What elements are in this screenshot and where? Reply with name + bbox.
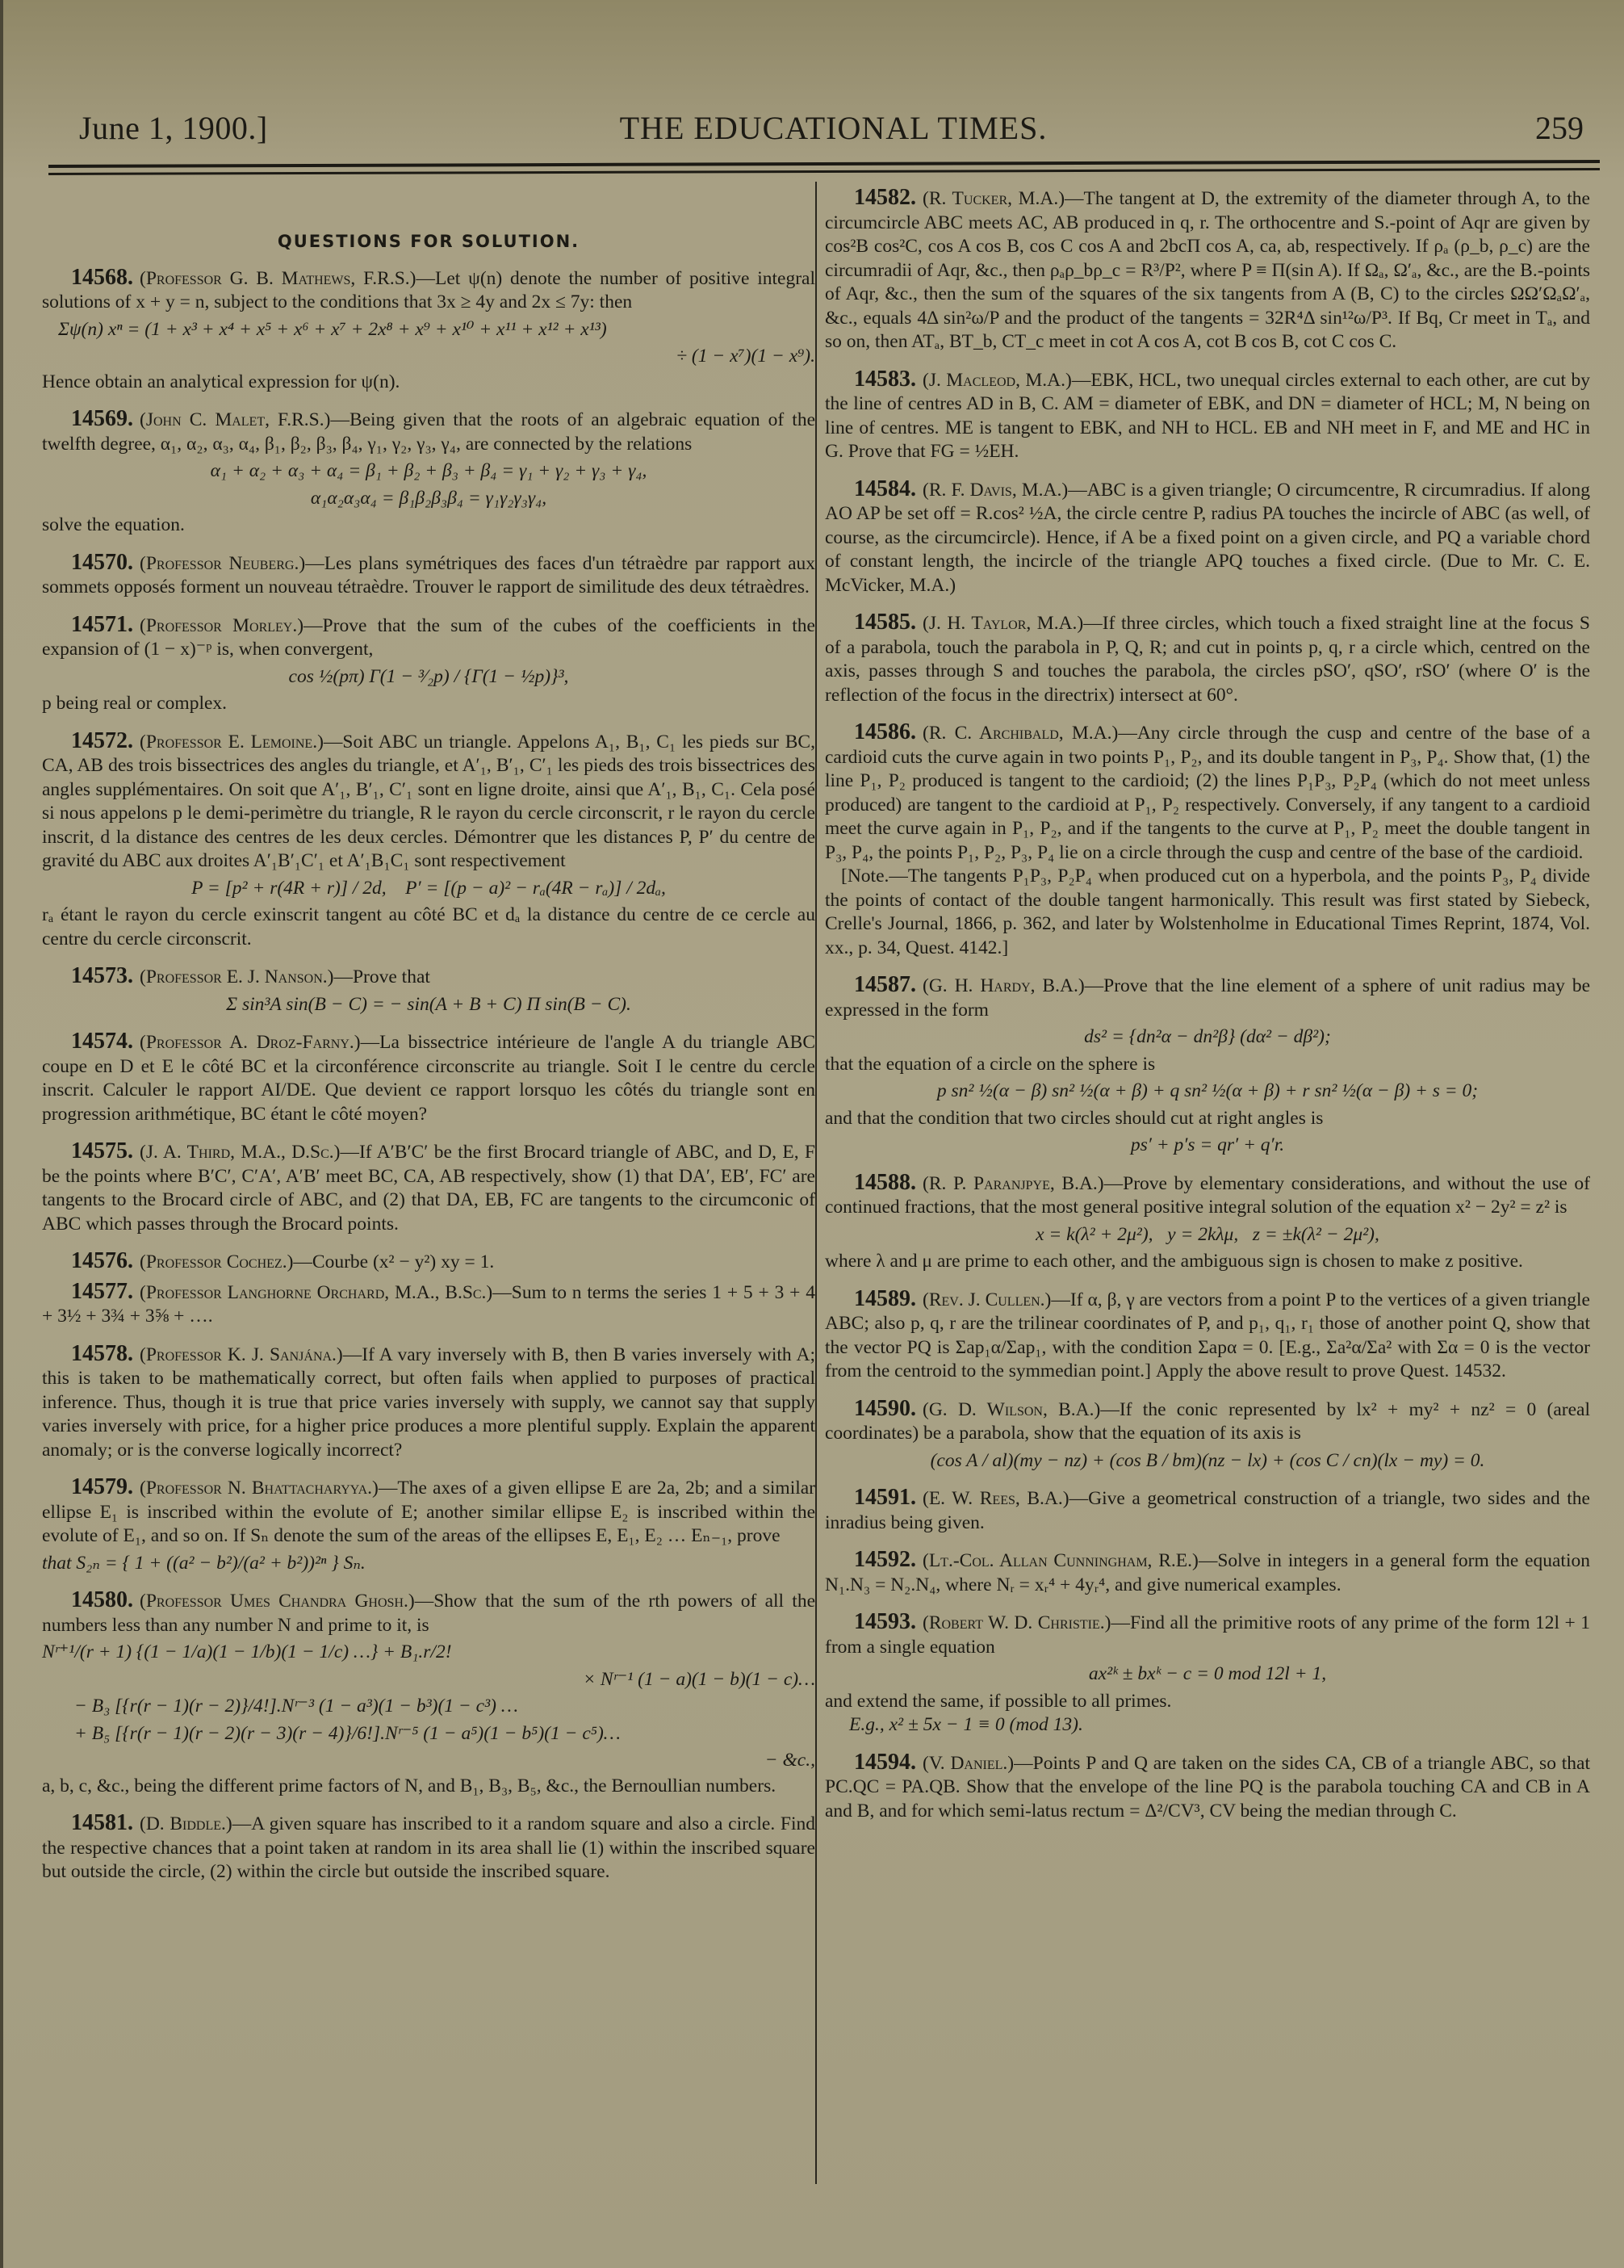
- question-number: 14586.: [854, 719, 916, 744]
- question-14579: 14579.(Professor N. Bhattacharyya.)—The …: [42, 1475, 815, 1575]
- equation: (cos A / al)(my − nz) + (cos B / bm)(nz …: [825, 1449, 1590, 1474]
- question-14576: 14576.(Professor Cochez.)—Courbe (x² − y…: [42, 1249, 815, 1275]
- left-column: QUESTIONS FOR SOLUTION. 14568.(Professor…: [42, 174, 815, 1897]
- equation: Nʳ⁺¹/(r + 1) {(1 − 1/a)(1 − 1/b)(1 − 1/c…: [42, 1641, 815, 1665]
- question-author: (R. C. Archibald, M.A.): [923, 723, 1118, 744]
- question-text: —Prove that: [333, 966, 429, 987]
- question-author: (Professor E. Lemoine.): [140, 732, 324, 753]
- question-number: 14574.: [71, 1029, 133, 1054]
- equation: Σψ(n) xⁿ = (1 + x³ + x⁴ + x⁵ + x⁶ + x⁷ +…: [42, 318, 815, 342]
- question-text: —Courbe (x² − y²) xy = 1.: [293, 1251, 494, 1272]
- section-title: QUESTIONS FOR SOLUTION.: [42, 230, 815, 254]
- question-author: (G. D. Wilson, B.A.): [923, 1399, 1100, 1420]
- equation: Σ sin³A sin(B − C) = − sin(A + B + C) Π …: [42, 993, 815, 1017]
- question-number: 14585.: [854, 610, 916, 635]
- question-text-mid: that the equation of a circle on the sph…: [825, 1053, 1590, 1077]
- question-note: [Note.—The tangents P₁P₃, P₂P₄ when prod…: [825, 865, 1590, 960]
- question-text-after: and extend the same, if possible to all …: [825, 1690, 1590, 1714]
- page-edge: [0, 0, 3, 2268]
- question-author: (J. A. Third, M.A., D.Sc.): [140, 1142, 340, 1163]
- question-14592: 14592.(Lt.-Col. Allan Cunningham, R.E.)—…: [825, 1548, 1590, 1597]
- question-author: (Professor Umes Chandra Ghosh.): [140, 1591, 415, 1612]
- question-14594: 14594.(V. Daniel.)—Points P and Q are ta…: [825, 1750, 1590, 1824]
- question-text-after: a, b, c, &c., being the different prime …: [42, 1775, 815, 1799]
- question-number: 14570.: [71, 550, 133, 575]
- question-14589: 14589.(Rev. J. Cullen.)—If α, β, γ are v…: [825, 1287, 1590, 1384]
- question-number: 14593.: [854, 1609, 916, 1634]
- question-number: 14580.: [71, 1587, 133, 1612]
- question-number: 14584.: [854, 476, 916, 501]
- question-author: (Professor K. J. Sanjána.): [140, 1344, 343, 1365]
- question-14580: 14580.(Professor Umes Chandra Ghosh.)—Sh…: [42, 1588, 815, 1798]
- question-14585: 14585.(J. H. Taylor, M.A.)—If three circ…: [825, 610, 1590, 707]
- question-text-after: Hence obtain an analytical expression fo…: [42, 371, 815, 395]
- question-number: 14591.: [854, 1485, 916, 1510]
- question-author: (R. P. Paranjpye, B.A.): [923, 1173, 1104, 1194]
- equation: × Nʳ⁻¹ (1 − a)(1 − b)(1 − c)…: [42, 1668, 815, 1692]
- question-number: 14592.: [854, 1547, 916, 1572]
- question-number: 14581.: [71, 1810, 133, 1835]
- question-number: 14582.: [854, 185, 916, 210]
- question-example: E.g., x² ± 5x − 1 ≡ 0 (mod 13).: [825, 1713, 1590, 1738]
- question-14573: 14573.(Professor E. J. Nanson.)—Prove th…: [42, 964, 815, 1017]
- question-14578: 14578.(Professor K. J. Sanjána.)—If A va…: [42, 1342, 815, 1463]
- question-author: (John C. Malet, F.R.S.): [140, 409, 330, 430]
- question-number: 14583.: [854, 367, 916, 392]
- question-author: (Professor Neuberg.): [140, 553, 305, 574]
- question-number: 14587.: [854, 972, 916, 997]
- question-text-after: rₐ étant le rayon du cercle exinscrit ta…: [42, 903, 815, 951]
- question-14588: 14588.(R. P. Paranjpye, B.A.)—Prove by e…: [825, 1171, 1590, 1274]
- question-number: 14573.: [71, 963, 133, 988]
- equation: α₁α₂α₃α₄ = β₁β₂β₃β₄ = γ₁γ₂γ₃γ₄,: [42, 487, 815, 511]
- question-number: 14579.: [71, 1474, 133, 1499]
- question-author: (Lt.-Col. Allan Cunningham, R.E.): [923, 1550, 1199, 1571]
- equation: − B₃ [{r(r − 1)(r − 2)}/4!].Nʳ⁻³ (1 − a³…: [42, 1695, 815, 1719]
- equation: cos ½(pπ) Γ(1 − ³⁄₂p) / {Γ(1 − ½p)}³,: [42, 665, 815, 690]
- question-number: 14568.: [71, 265, 133, 290]
- question-number: 14571.: [71, 612, 133, 637]
- question-14593: 14593.(Robert W. D. Christie.)—Find all …: [825, 1610, 1590, 1738]
- header-page-number: 259: [1535, 109, 1584, 147]
- question-author: (Professor N. Bhattacharyya.): [140, 1478, 379, 1499]
- question-text-mid: and that the condition that two circles …: [825, 1107, 1590, 1131]
- question-author: (D. Biddle.): [140, 1813, 232, 1834]
- question-14577: 14577.(Professor Langhorne Orchard, M.A.…: [42, 1280, 815, 1329]
- equation: p sn² ½(α − β) sn² ½(α + β) + q sn² ½(α …: [825, 1080, 1590, 1104]
- question-author: (J. Macleod, M.A.): [923, 370, 1072, 391]
- equation: + B₅ [{r(r − 1)(r − 2)(r − 3)(r − 4)}/6!…: [42, 1722, 815, 1746]
- equation: ÷ (1 − x⁷)(1 − x⁹).: [42, 345, 815, 369]
- question-number: 14594.: [854, 1750, 916, 1775]
- question-14586: 14586.(R. C. Archibald, M.A.)—Any circle…: [825, 720, 1590, 960]
- question-number: 14589.: [854, 1286, 916, 1311]
- question-author: (Robert W. D. Christie.): [923, 1612, 1111, 1633]
- question-text-after: p being real or complex.: [42, 692, 815, 716]
- question-text: —Any circle through the cusp and centre …: [825, 723, 1590, 863]
- question-author: (J. H. Taylor, M.A.): [923, 613, 1083, 634]
- question-author: (Professor Cochez.): [140, 1251, 293, 1272]
- equation: α₁ + α₂ + α₃ + α₄ = β₁ + β₂ + β₃ + β₄ = …: [42, 459, 815, 484]
- question-14583: 14583.(J. Macleod, M.A.)—EBK, HCL, two u…: [825, 367, 1590, 464]
- equation: ps′ + p′s = qr′ + q′r.: [825, 1134, 1590, 1158]
- question-14581: 14581.(D. Biddle.)—A given square has in…: [42, 1811, 815, 1884]
- question-14574: 14574.(Professor A. Droz-Farny.)—La biss…: [42, 1029, 815, 1126]
- question-author: (Professor A. Droz-Farny.): [140, 1032, 361, 1053]
- question-number: 14588.: [854, 1170, 916, 1195]
- question-number: 14576.: [71, 1248, 133, 1273]
- question-number: 14569.: [71, 406, 133, 431]
- question-author: (G. H. Hardy, B.A.): [923, 975, 1085, 996]
- question-text-after: where λ and μ are prime to each other, a…: [825, 1250, 1590, 1274]
- question-14572: 14572.(Professor E. Lemoine.)—Soit ABC u…: [42, 729, 815, 952]
- question-number: 14578.: [71, 1341, 133, 1366]
- question-author: (R. F. Davis, M.A.): [923, 480, 1068, 501]
- question-14587: 14587.(G. H. Hardy, B.A.)—Prove that the…: [825, 973, 1590, 1158]
- question-author: (Professor Langhorne Orchard, M.A., B.Sc…: [140, 1282, 492, 1303]
- right-column: 14582.(R. Tucker, M.A.)—The tangent at D…: [825, 145, 1590, 1836]
- question-author: (V. Daniel.): [923, 1753, 1014, 1774]
- question-author: (E. W. Rees, B.A.): [923, 1488, 1069, 1509]
- question-14591: 14591.(E. W. Rees, B.A.)—Give a geometri…: [825, 1486, 1590, 1535]
- question-author: (Professor Morley.): [140, 615, 303, 636]
- question-14575: 14575.(J. A. Third, M.A., D.Sc.)—If A′B′…: [42, 1139, 815, 1236]
- question-author: (Professor G. B. Mathews, F.R.S.): [140, 268, 416, 289]
- question-number: 14572.: [71, 728, 133, 753]
- equation: x = k(λ² + 2μ²), y = 2kλμ, z = ±k(λ² − 2…: [825, 1223, 1590, 1247]
- question-14570: 14570.(Professor Neuberg.)—Les plans sym…: [42, 551, 815, 600]
- header-title: THE EDUCATIONAL TIMES.: [48, 109, 1618, 147]
- question-14590: 14590.(G. D. Wilson, B.A.)—If the conic …: [825, 1397, 1590, 1474]
- question-number: 14575.: [71, 1138, 133, 1163]
- question-number: 14590.: [854, 1396, 916, 1421]
- question-14584: 14584.(R. F. Davis, M.A.)—ABC is a given…: [825, 477, 1590, 598]
- column-divider: [815, 182, 817, 2184]
- equation: − &c.,: [42, 1749, 815, 1773]
- question-number: 14577.: [71, 1279, 133, 1304]
- question-author: (Professor E. J. Nanson.): [140, 966, 333, 987]
- question-14582: 14582.(R. Tucker, M.A.)—The tangent at D…: [825, 186, 1590, 354]
- equation: that S₂ₙ = { 1 + ((a² − b²)/(a² + b²))²ⁿ…: [42, 1552, 815, 1576]
- question-text: —The tangent at D, the extremity of the …: [825, 188, 1590, 352]
- equation: ds² = {dn²α − dn²β} (dα² − dβ²);: [825, 1025, 1590, 1050]
- question-text-after: solve the equation.: [42, 514, 815, 538]
- question-14569: 14569.(John C. Malet, F.R.S.)—Being give…: [42, 407, 815, 538]
- question-author: (Rev. J. Cullen.): [923, 1289, 1051, 1310]
- equation: ax²ᵏ ± bxᵏ − c = 0 mod 12l + 1,: [825, 1662, 1590, 1687]
- equation: P = [p² + r(4R + r)] / 2d, P′ = [(p − a)…: [42, 877, 815, 901]
- question-14571: 14571.(Professor Morley.)—Prove that the…: [42, 613, 815, 716]
- question-14568: 14568.(Professor G. B. Mathews, F.R.S.)—…: [42, 266, 815, 395]
- question-author: (R. Tucker, M.A.): [923, 188, 1065, 209]
